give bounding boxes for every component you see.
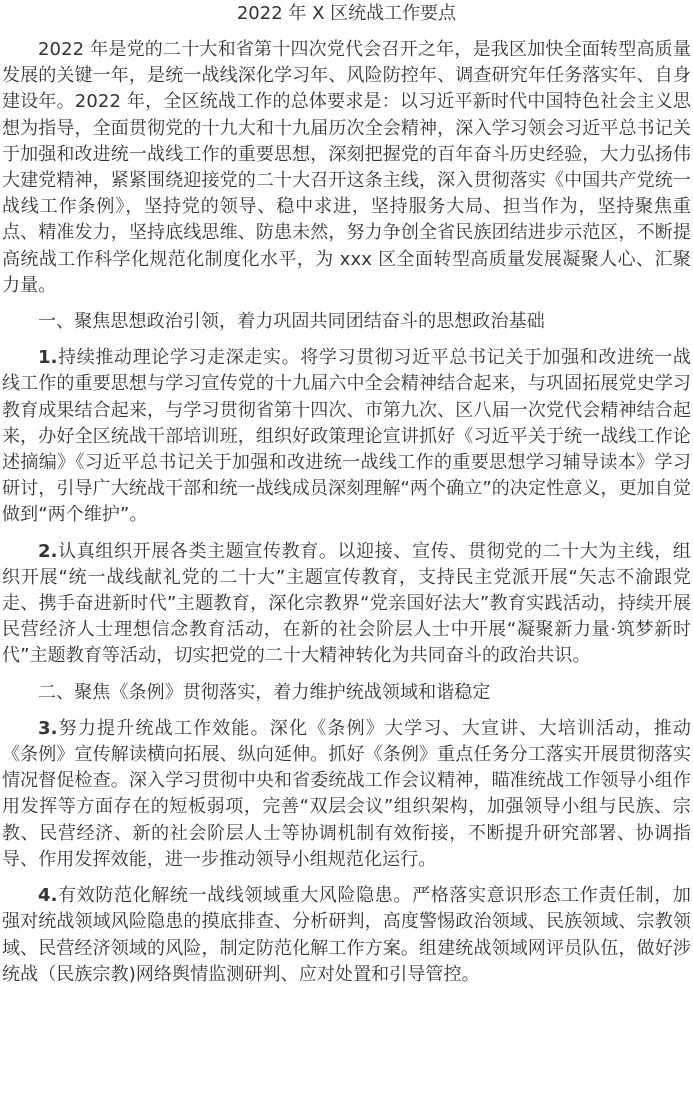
intro-paragraph: 2022 年是党的二十大和省第十四次党代会召开之年，是我区加快全面转型高质量发展… xyxy=(2,37,691,299)
item-number: 4. xyxy=(38,885,58,906)
item-text: 持续推动理论学习走深走实。将学习贯彻习近平总书记关于加强和改进统一战线工作的重要… xyxy=(2,347,691,525)
item-number: 2. xyxy=(38,541,58,562)
section-heading-1: 一、聚焦思想政治引领，着力巩固共同团结奋斗的思想政治基础 xyxy=(2,309,691,335)
list-item-2: 2.认真组织开展各类主题宣传教育。以迎接、宣传、贯彻党的二十大为主线，组织开展“… xyxy=(2,539,691,670)
list-item-3: 3.努力提升统战工作效能。深化《条例》大学习、大宣讲、大培训活动，推动《条例》宣… xyxy=(2,716,691,873)
item-text: 努力提升统战工作效能。深化《条例》大学习、大宣讲、大培训活动，推动《条例》宣传解… xyxy=(2,718,691,870)
document-title: 2022 年 X 区统战工作要点 xyxy=(2,0,691,27)
section-heading-2: 二、聚焦《条例》贯彻落实，着力维护统战领域和谐稳定 xyxy=(2,680,691,706)
item-number: 1. xyxy=(38,347,58,368)
list-item-1: 1.持续推动理论学习走深走实。将学习贯彻习近平总书记关于加强和改进统一战线工作的… xyxy=(2,345,691,528)
item-text: 认真组织开展各类主题宣传教育。以迎接、宣传、贯彻党的二十大为主线，组织开展“统一… xyxy=(2,541,691,667)
list-item-4: 4.有效防范化解统一战线领域重大风险隐患。严格落实意识形态工作责任制，加强对统战… xyxy=(2,883,691,988)
item-number: 3. xyxy=(38,718,58,739)
document: 2022 年 X 区统战工作要点 2022 年是党的二十大和省第十四次党代会召开… xyxy=(0,0,693,988)
item-text: 有效防范化解统一战线领域重大风险隐患。严格落实意识形态工作责任制，加强对统战领域… xyxy=(2,885,691,985)
